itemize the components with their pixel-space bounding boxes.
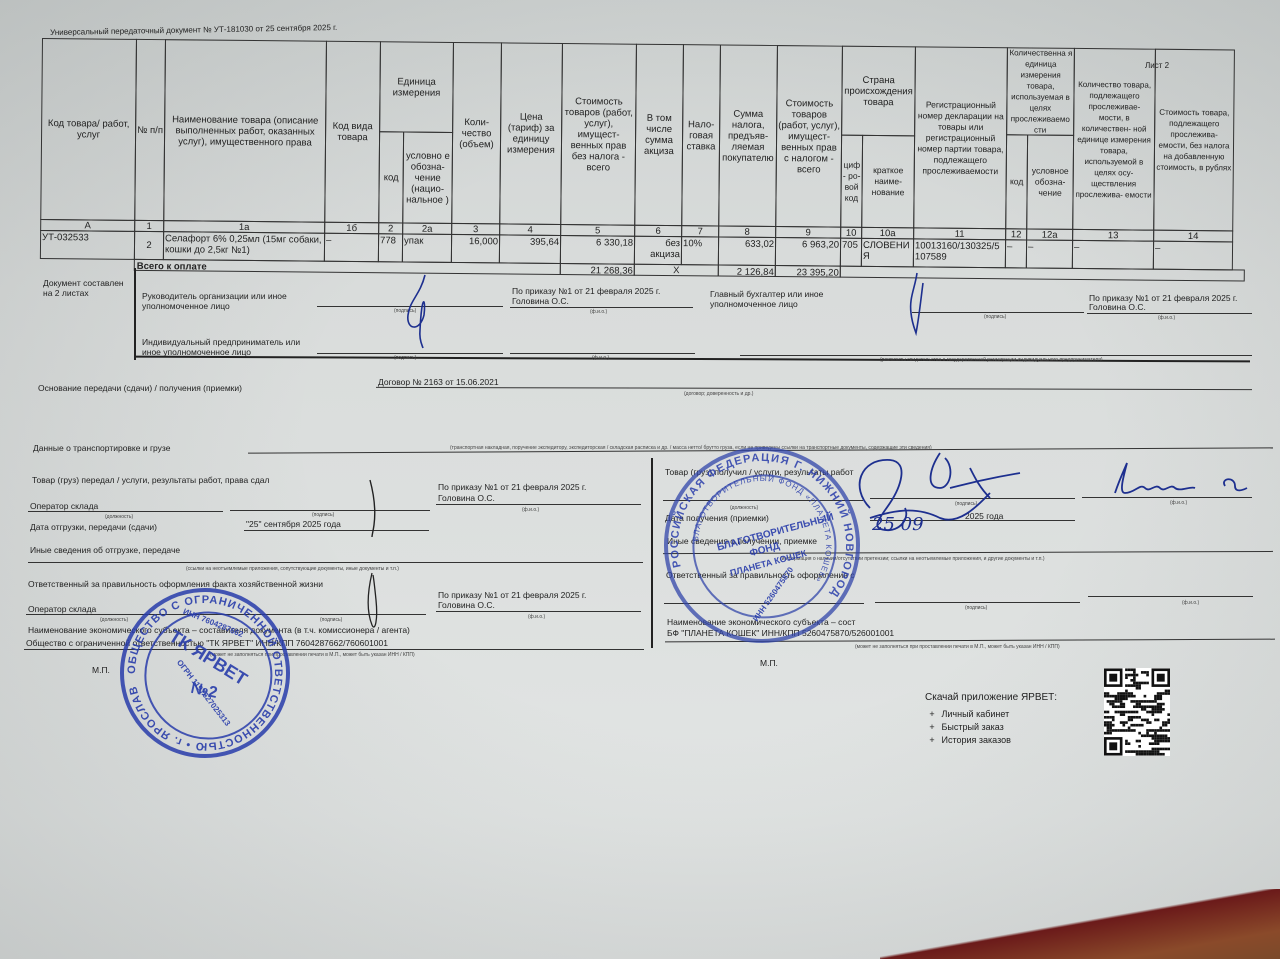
accountant-label: Главный бухгалтер или иное уполномоченно… [710,289,860,309]
accountant-sign-caption: (подпись) [984,314,1006,320]
cell-unit-name: упак [402,233,452,262]
svg-text:ОБЩЕСТВО С ОГРАНИЧЕННОЙ ОТВЕТС: ОБЩЕСТВО С ОГРАНИЧЕННОЙ ОТВЕТСТВЕННОСТЬЮ… [109,577,294,764]
seller-other-label: Иные сведения об отгрузке, передаче [30,545,180,556]
cell-kind-code: – [324,233,379,263]
cell-tax-rate: 10% [681,236,719,265]
header-excise: В том числе сумма акциза [634,44,684,226]
accountant-signature [895,268,935,338]
seller-position-caption: (должность) [105,514,133,520]
header-trace-cost: Стоимость товара, подлежащего прослежива… [1153,49,1235,232]
buyer-signature: 25 09 [830,448,1060,538]
seller-responsible-sign-caption: (подпись) [320,617,342,623]
buyer-responsible-fio-line [1088,596,1253,597]
ship-date-label: Дата отгрузки, передачи (сдачи) [30,522,157,533]
promo-item: + Быстрый заказ [925,721,1011,734]
buyer-responsible-fio-caption: (ф.и.о.) [1182,600,1199,606]
total-cost-no-tax: 21 268,36 [560,263,635,276]
seller-name: Головина О.С. [438,493,495,504]
cell-cost-no-tax: 6 330,18 [560,235,635,265]
cell-excise: без акциза [634,236,682,265]
header-code: Код товара/ работ, услуг [40,38,137,221]
cell-name: Селафорт 6% 0,25мл (15мг собаки, кошки д… [163,231,325,262]
total-cost-with-tax: 23 395,20 [775,265,841,278]
table-surface [880,889,1280,959]
header-unit-group: Единица измерения [379,41,454,133]
cell-unit-code: 778 [378,233,403,262]
seller-handed-label: Товар (груз) передал / услуги, результат… [32,475,269,486]
transport-label: Данные о транспортировке и грузе [33,443,170,454]
cell-qty: 16,000 [451,234,500,263]
ip-reg-caption: (реквизиты свидетельства о государственн… [880,357,1103,363]
head-name: Головина О.С. [512,296,569,307]
seller-signature [360,475,390,540]
ip-sign-caption: (подпись) [394,355,416,361]
ip-fio-caption: (ф.и.о.) [592,355,609,361]
header-name: Наименование товара (описание выполненны… [163,39,327,223]
seller-sign-line[interactable] [230,510,430,511]
seller-order: По приказу №1 от 21 февраля 2025 г. [438,482,586,493]
ip-label: Индивидуальный предприниматель или иное … [142,337,302,357]
seller-responsible-name: Головина О.С. [438,600,495,611]
total-excise: Х [634,264,719,277]
seller-stamp-ring-text: ОБЩЕСТВО С ОГРАНИЧЕННОЙ ОТВЕТСТВЕННОСТЬЮ… [109,577,301,769]
buyer-mp: М.П. [760,658,778,669]
head-label: Руководитель организации или иное уполно… [142,291,292,311]
header-country-code: циф - ро- вой код [840,135,863,228]
accountant-fio-line [1087,313,1252,314]
seller-position-line [28,511,223,512]
cell-tax-sum: 633,02 [718,236,776,266]
promo-list: + Личный кабинет+ Быстрый заказ+ История… [925,708,1011,747]
header-tax-rate: Нало- говая ставка [681,44,721,226]
ip-sign-line[interactable] [317,353,503,354]
header-price: Цена (тариф) за единицу измерения [499,42,563,225]
header-cost-with-tax: Стоимость товаров (работ, услуг), имущес… [775,45,843,228]
sign-block-left-border [134,268,136,360]
accountant-name: Головина О.С. [1089,302,1146,313]
total-tax-sum: 2 126,84 [718,264,776,277]
cell-trace-unit-code: – [1005,239,1027,268]
promo-title: Скачай приложение ЯРВЕТ: [925,692,1057,703]
head-fio-line [510,307,693,308]
accountant-sign-line[interactable] [912,312,1084,313]
header-qty: Коли- чество (объем) [451,42,502,224]
ip-fio-line [510,353,695,354]
cell-country-name: СЛОВЕНИ Я [861,238,914,268]
cell-num: 2 [134,231,164,260]
header-tax-sum: Сумма налога, предъяв- ляемая покупателю [718,45,778,228]
buyer-responsible-sign-caption: (подпись) [965,605,987,611]
header-trace-unit-code: код [1005,134,1028,229]
sheets-note: Документ составлен на 2 листах [43,278,133,298]
cell-country-code: 705 [840,238,862,267]
seller-fio-caption: (ф.и.о.) [522,507,539,513]
bullet-icon: + [925,708,939,721]
buyer-fio-signature [1095,458,1275,508]
header-reg-num: Регистрационный номер декларации на това… [913,46,1008,229]
cell-cost-with-tax: 6 963,20 [775,237,841,267]
header-trace-unit-name: условное обозна- чение [1026,134,1074,229]
seller-mp: М.П. [92,665,110,676]
cell-code: УТ-032533 [40,230,135,260]
cell-reg-num: 10013160/130325/5 107589 [913,238,1006,268]
head-signature [380,270,440,350]
ip-reg-line [740,355,1252,356]
header-unit-name: условно е обозна- чение (нацио- нальное … [402,131,453,223]
goods-table: Код товара/ работ, услуг № п/п Наименова… [40,38,1250,290]
header-country-group: Страна происхождения товара [841,46,916,137]
seller-responsible-signature [360,570,390,640]
ship-date-value[interactable]: "25" сентября 2025 года [246,519,341,530]
buyer-entity-caption: (может не заполняться при проставлении п… [855,644,1060,650]
accountant-fio-caption: (ф.и.о.) [1158,315,1175,321]
header-country-name: краткое наиме- нование [861,135,915,229]
promo-item: + История заказов [925,734,1011,747]
seller-stamp: ОБЩЕСТВО С ОГРАНИЧЕННОЙ ОТВЕТСТВЕННОСТЬЮ… [109,577,301,769]
document-title: Универсальный передаточный документ № УТ… [50,22,337,38]
bullet-icon: + [925,734,939,747]
header-unit-code: код [378,131,404,223]
buyer-handwritten-date: 25 09 [871,514,924,535]
cell-trace-cost: – [1153,241,1233,271]
bullet-icon: + [925,721,939,734]
basis-label: Основание передачи (сдачи) / получения (… [38,383,242,394]
seller-other-line[interactable] [28,562,643,563]
header-num: № п/п [134,39,166,221]
header-kind-code: Код вида товара [324,41,381,224]
promo-item: + Личный кабинет [925,708,1011,721]
seller-responsible-fio-caption: (ф.и.о.) [528,614,545,620]
head-fio-caption: (ф.и.о.) [590,309,607,315]
buyer-responsible-sign-line[interactable] [875,602,1080,603]
cell-price: 395,64 [499,234,561,264]
header-cost-no-tax: Стоимость товаров (работ, услуг), имущес… [560,43,637,226]
basis-line [376,387,1252,390]
seller-fio-line [436,504,641,505]
ship-date-line [244,530,429,531]
seller-responsible-fio-line [436,611,641,612]
header-trace-qty: Количество товара, подлежащего прослежив… [1072,48,1156,231]
qr-code-icon[interactable] [1104,668,1170,756]
seller-sign-caption: (подпись) [312,512,334,518]
basis-caption: (договор; доверенность и др.) [684,391,753,397]
header-trace-unit-group: Количественна я единица измерения товара… [1006,47,1075,136]
cell-trace-qty: – [1072,240,1154,270]
cell-trace-unit-name: – [1026,239,1073,268]
